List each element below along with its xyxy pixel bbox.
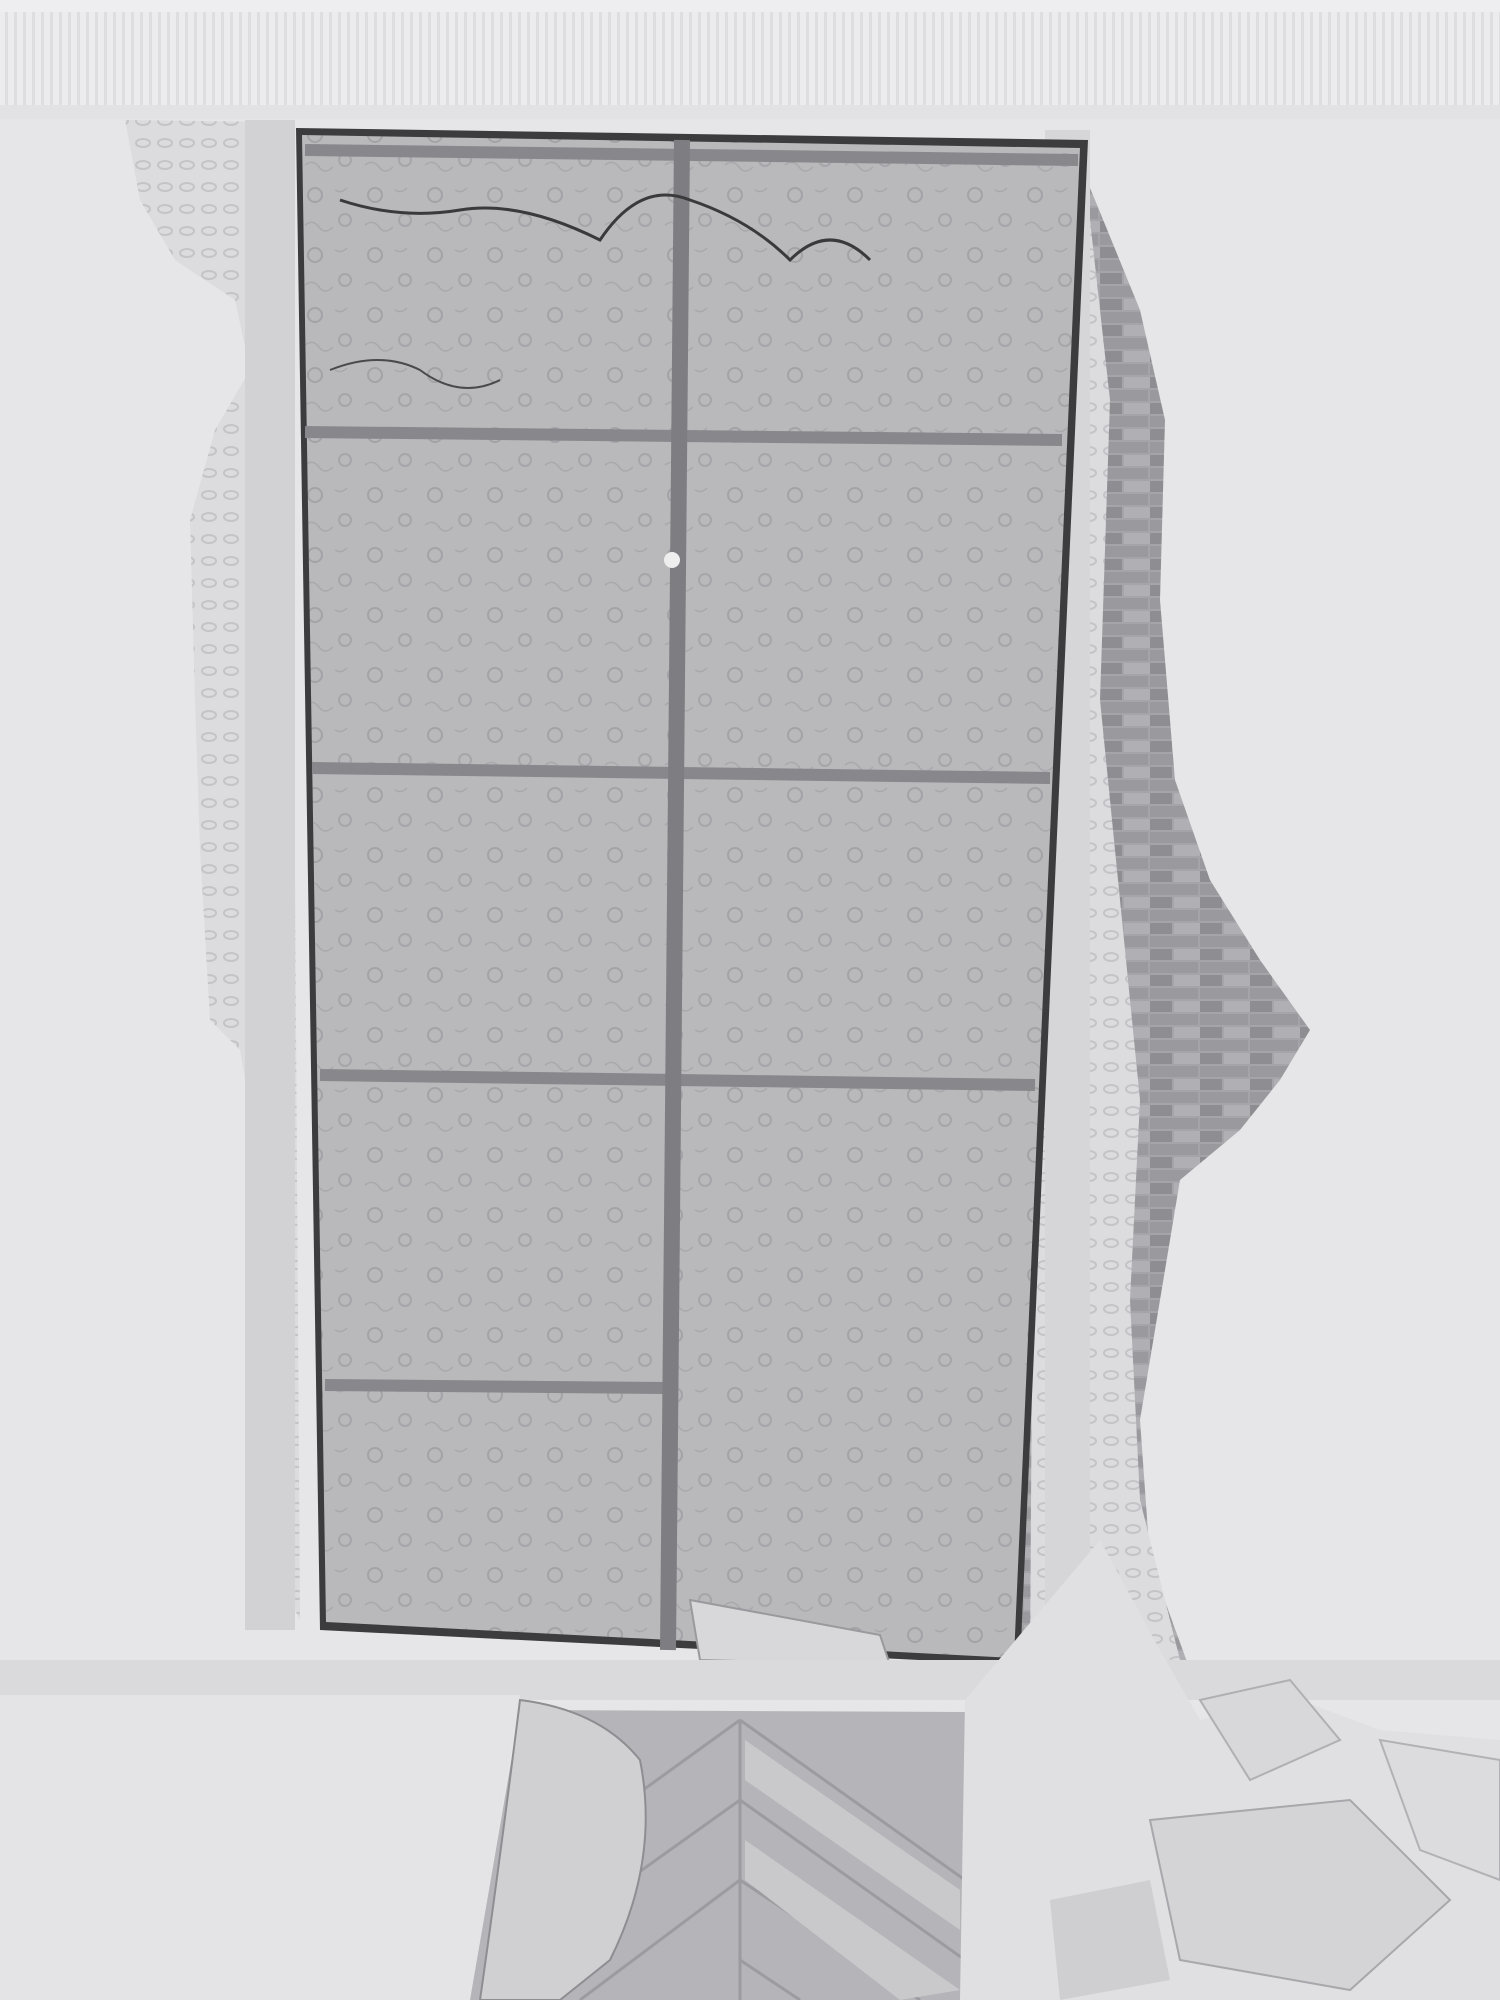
wall-photograph <box>0 0 1500 2000</box>
nail <box>664 552 680 568</box>
photo-scene <box>0 0 1500 2000</box>
floor-slab-left <box>0 1695 520 2000</box>
ceiling-molding <box>0 0 1500 119</box>
exposed-panel <box>296 128 1088 1665</box>
plaster-edge-left <box>245 120 295 1630</box>
